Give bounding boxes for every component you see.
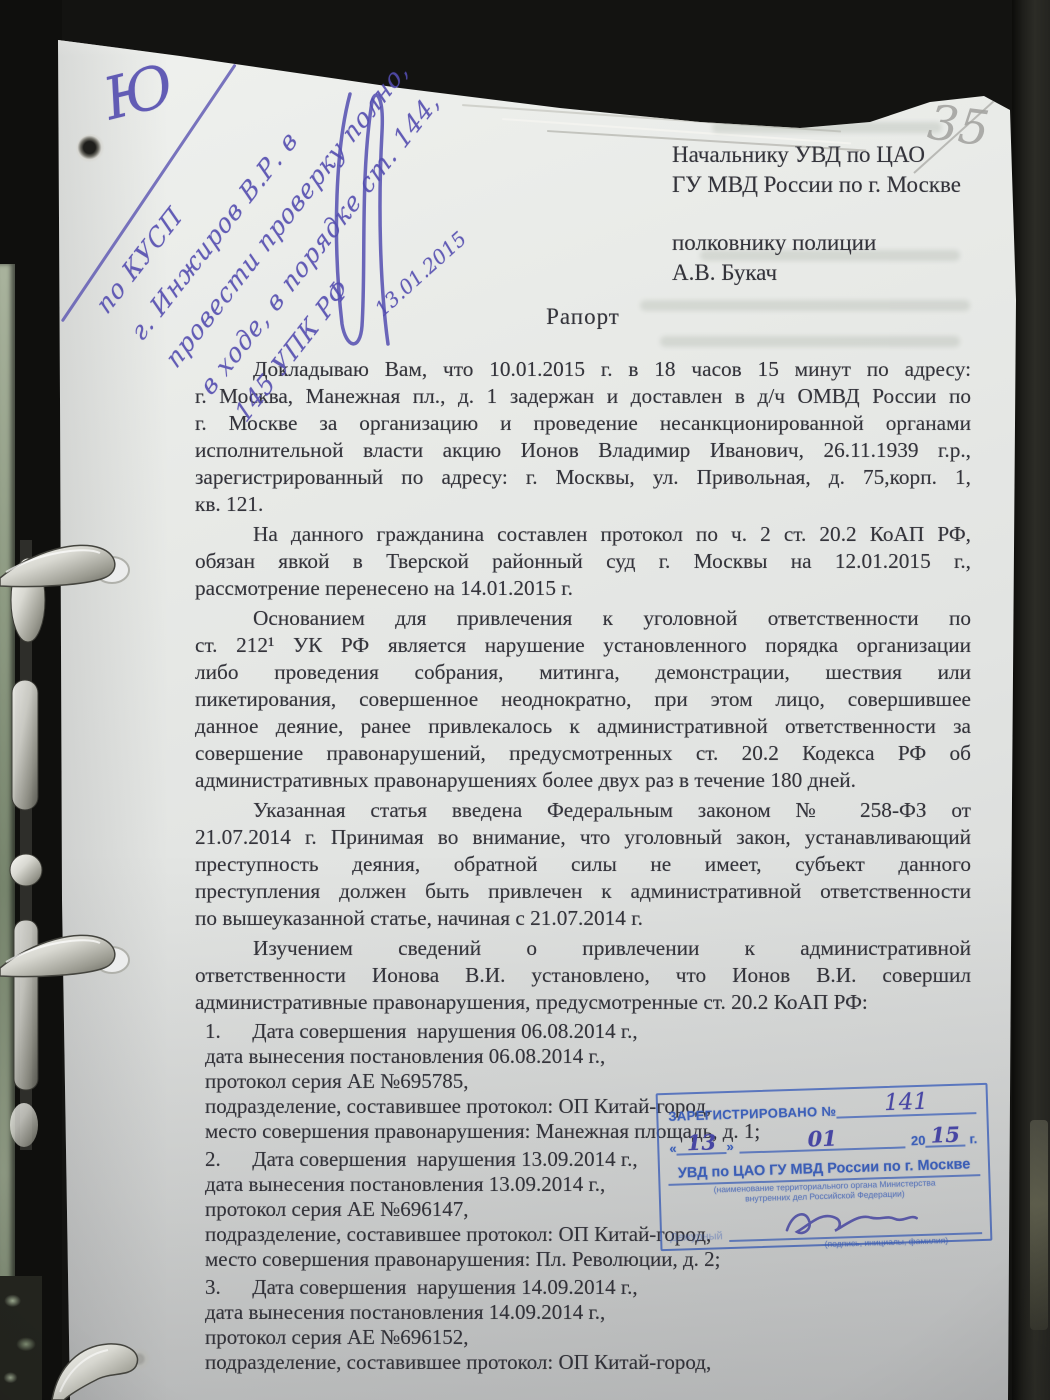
text-line: 1. Дата совершения нарушения 06.08.2014 …	[195, 1019, 971, 1044]
stamp-year-suffix: г.	[969, 1131, 977, 1146]
stamp-day-handwritten: 13	[686, 1129, 716, 1155]
stamp-year-handwritten: 15	[930, 1122, 960, 1148]
text-line: г. Москва, Манежная пл., д. 1 задержан и…	[195, 383, 971, 410]
text-line: преступность деяния, обратной силы не им…	[195, 851, 971, 878]
text-line: 3. Дата совершения нарушения 14.09.2014 …	[195, 1275, 971, 1300]
ink-bleed-smudge	[660, 336, 960, 347]
photographed-document: 35 Начальнику УВД по ЦАО ГУ МВД России п…	[0, 0, 1050, 1400]
text-line: обязан явкой в Тверской районный суд г. …	[195, 548, 971, 575]
text-line: г. Москве за организацию и проведение не…	[195, 410, 971, 437]
text-line: по вышеуказанной статье, начиная с 21.07…	[195, 905, 971, 932]
registration-stamp: ЗАРЕГИСТРИРОВАНО № 141 « 13 » 01 20 15 г…	[656, 1083, 993, 1251]
binder-ring	[0, 910, 150, 1002]
recipient-rank: полковнику полиции	[672, 228, 992, 258]
stamp-month-handwritten: 01	[807, 1126, 837, 1152]
recipient-block: Начальнику УВД по ЦАО ГУ МВД России по г…	[672, 140, 992, 288]
text-line: дата вынесения постановления 14.09.2014 …	[195, 1300, 971, 1325]
punch-hole	[76, 134, 106, 164]
resolution-signature-icon	[322, 86, 406, 362]
paragraph: Докладываю Вам, что 10.01.2015 г. в 18 ч…	[195, 356, 971, 518]
paragraph: На данного гражданина составлен протокол…	[195, 521, 971, 602]
text-line: административные правонарушения, предусм…	[195, 989, 971, 1016]
text-line: На данного гражданина составлен протокол…	[195, 521, 971, 548]
text-line: либо проведения собрания, митинга, демон…	[195, 659, 971, 686]
text-line: подразделение, составившее протокол: ОП …	[195, 1350, 971, 1375]
text-line: данное деяние, ранее привлекалось к адми…	[195, 713, 971, 740]
ink-bleed-smudge	[712, 122, 942, 133]
paragraph: 3. Дата совершения нарушения 14.09.2014 …	[195, 1275, 971, 1375]
stamp-year-prefix: 20	[911, 1133, 926, 1148]
body-paragraphs: Докладываю Вам, что 10.01.2015 г. в 18 ч…	[195, 356, 971, 1019]
text-line: преступления должен быть привлечен к адм…	[195, 878, 971, 905]
binder-ring	[44, 1320, 154, 1400]
text-line: кв. 121.	[195, 491, 971, 518]
paragraph: Указанная статья введена Федеральным зак…	[195, 797, 971, 932]
stamp-registered-number-handwritten: 141	[884, 1089, 929, 1116]
text-line: место совершения правонарушения: Пл. Рев…	[195, 1247, 971, 1272]
paragraph: Изучением сведений о привлечении к админ…	[195, 935, 971, 1016]
text-line: пикетирования, совершенное неоднократно,…	[195, 686, 971, 713]
text-line: Основанием для привлечения к уголовной о…	[195, 605, 971, 632]
stamp-quote-close: »	[726, 1139, 734, 1154]
text-line: зарегистрированный по адресу: г. Москвы,…	[195, 464, 971, 491]
text-line: исполнительной власти акцию Ионов Владим…	[195, 437, 971, 464]
text-line: ответственности Ионова В.И. установлено,…	[195, 962, 971, 989]
recipient-line: ГУ МВД России по г. Москве	[672, 170, 992, 200]
text-line: Изучением сведений о привлечении к админ…	[195, 935, 971, 962]
binder-edge-glint	[1030, 1120, 1048, 1330]
text-line: ст. 212¹ УК РФ является нарушение устано…	[195, 632, 971, 659]
text-line: дата вынесения постановления 06.08.2014 …	[195, 1044, 971, 1069]
folder-cover-marble-texture	[0, 1276, 42, 1400]
recipient-name: А.В. Букач	[672, 258, 992, 288]
spacer	[672, 200, 992, 228]
binder-mechanism	[0, 540, 58, 1150]
binder-ring	[0, 520, 150, 612]
text-line: 21.07.2014 г. Принимая во внимание, что …	[195, 824, 971, 851]
stamp-duty-label: Дежурный	[670, 1230, 723, 1244]
stamp-registered-label: ЗАРЕГИСТРИРОВАНО №	[668, 1104, 837, 1124]
text-line: Указанная статья введена Федеральным зак…	[195, 797, 971, 824]
text-line: протокол серия АЕ №696152,	[195, 1325, 971, 1350]
recipient-line: Начальнику УВД по ЦАО	[672, 140, 992, 170]
stamp-signature-icon	[785, 1204, 926, 1238]
text-line: рассмотрение перенесено на 14.01.2015 г.	[195, 575, 971, 602]
paragraph: Основанием для привлечения к уголовной о…	[195, 605, 971, 794]
text-line: совершение правонарушений, предусмотренн…	[195, 740, 971, 767]
text-line: административных правонарушениях более д…	[195, 767, 971, 794]
